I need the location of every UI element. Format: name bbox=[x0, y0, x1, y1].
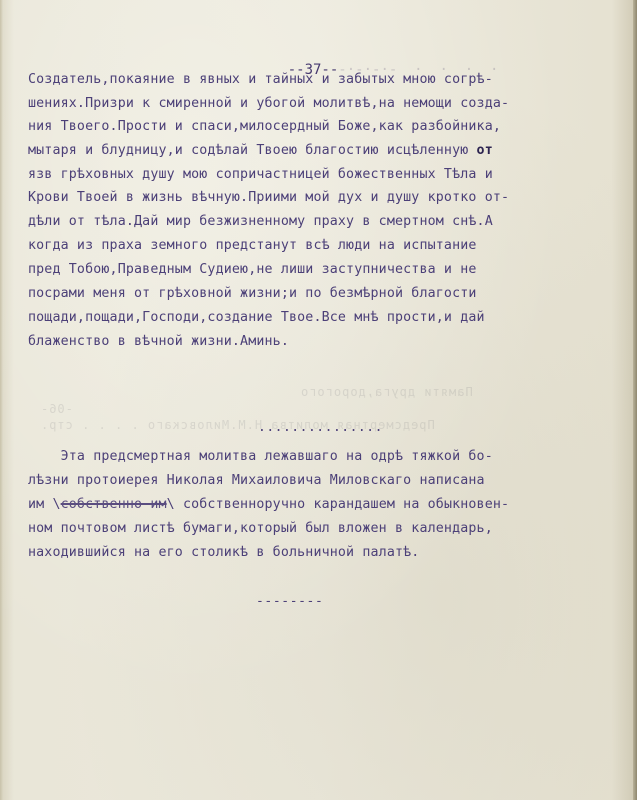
text-line: когда из праха земного предстанут всѣ лю… bbox=[28, 236, 477, 256]
bleed-through-text: -06- bbox=[40, 402, 73, 416]
paper-right-edge bbox=[633, 0, 637, 800]
text-segment: собственноручно карандашем на обыкновен- bbox=[175, 497, 509, 512]
text-line: пред Тобою,Праведным Судиею,не лиши заст… bbox=[28, 260, 477, 280]
correction-bracket: \ bbox=[52, 497, 60, 512]
emphasized-word: от bbox=[477, 143, 493, 158]
struck-out-text: собственно им bbox=[61, 497, 167, 512]
text-line: Создатель,покаяние в явных и тайных и за… bbox=[28, 70, 493, 90]
text-line: блаженство в вѣчной жизни.Аминь. bbox=[28, 332, 289, 352]
text-line: шениях.Призри к смиренной и убогой молит… bbox=[28, 94, 509, 114]
text-line: ния Твоего.Прости и спаси,милосердный Бо… bbox=[28, 117, 501, 137]
correction-bracket: \ bbox=[167, 497, 175, 512]
closing-dash-separator: -------- bbox=[256, 594, 323, 609]
text-line: мытаря и блудницу,и содѣлай Твоею благос… bbox=[28, 141, 493, 161]
text-line: Эта предсмертная молитва лежавшаго на од… bbox=[28, 447, 493, 467]
dotted-separator: ............... bbox=[258, 420, 383, 435]
typewritten-page: Памяти друга,дорогого -06- Предсмертная … bbox=[0, 0, 637, 800]
text-line: ном почтовом листѣ бумаги,который был вл… bbox=[28, 519, 493, 539]
text-line: лѣзни протоиерея Николая Михаиловича Мил… bbox=[28, 471, 485, 491]
text-line: язв грѣховных душу мою сопричастницей бо… bbox=[28, 165, 493, 185]
text-line-body: мытаря и блудницу,и содѣлай Твоею благос… bbox=[28, 143, 477, 158]
paper-left-edge bbox=[0, 0, 3, 800]
text-line: Крови Твоей в жизнь вѣчную.Приими мой ду… bbox=[28, 188, 509, 208]
text-segment: им bbox=[28, 497, 52, 512]
text-line: находившийся на его столикѣ в больничной… bbox=[28, 543, 419, 563]
bleed-through-text: Памяти друга,дорогого bbox=[300, 385, 473, 399]
text-line-with-correction: им \собственно им\ собственноручно каран… bbox=[28, 495, 509, 515]
text-line: дѣли от тѣла.Дай мир безжизненному праху… bbox=[28, 212, 493, 232]
text-line: посрами меня от грѣховной жизни;и по без… bbox=[28, 284, 477, 304]
text-line: пощади,пощади,Господи,создание Твое.Все … bbox=[28, 308, 485, 328]
